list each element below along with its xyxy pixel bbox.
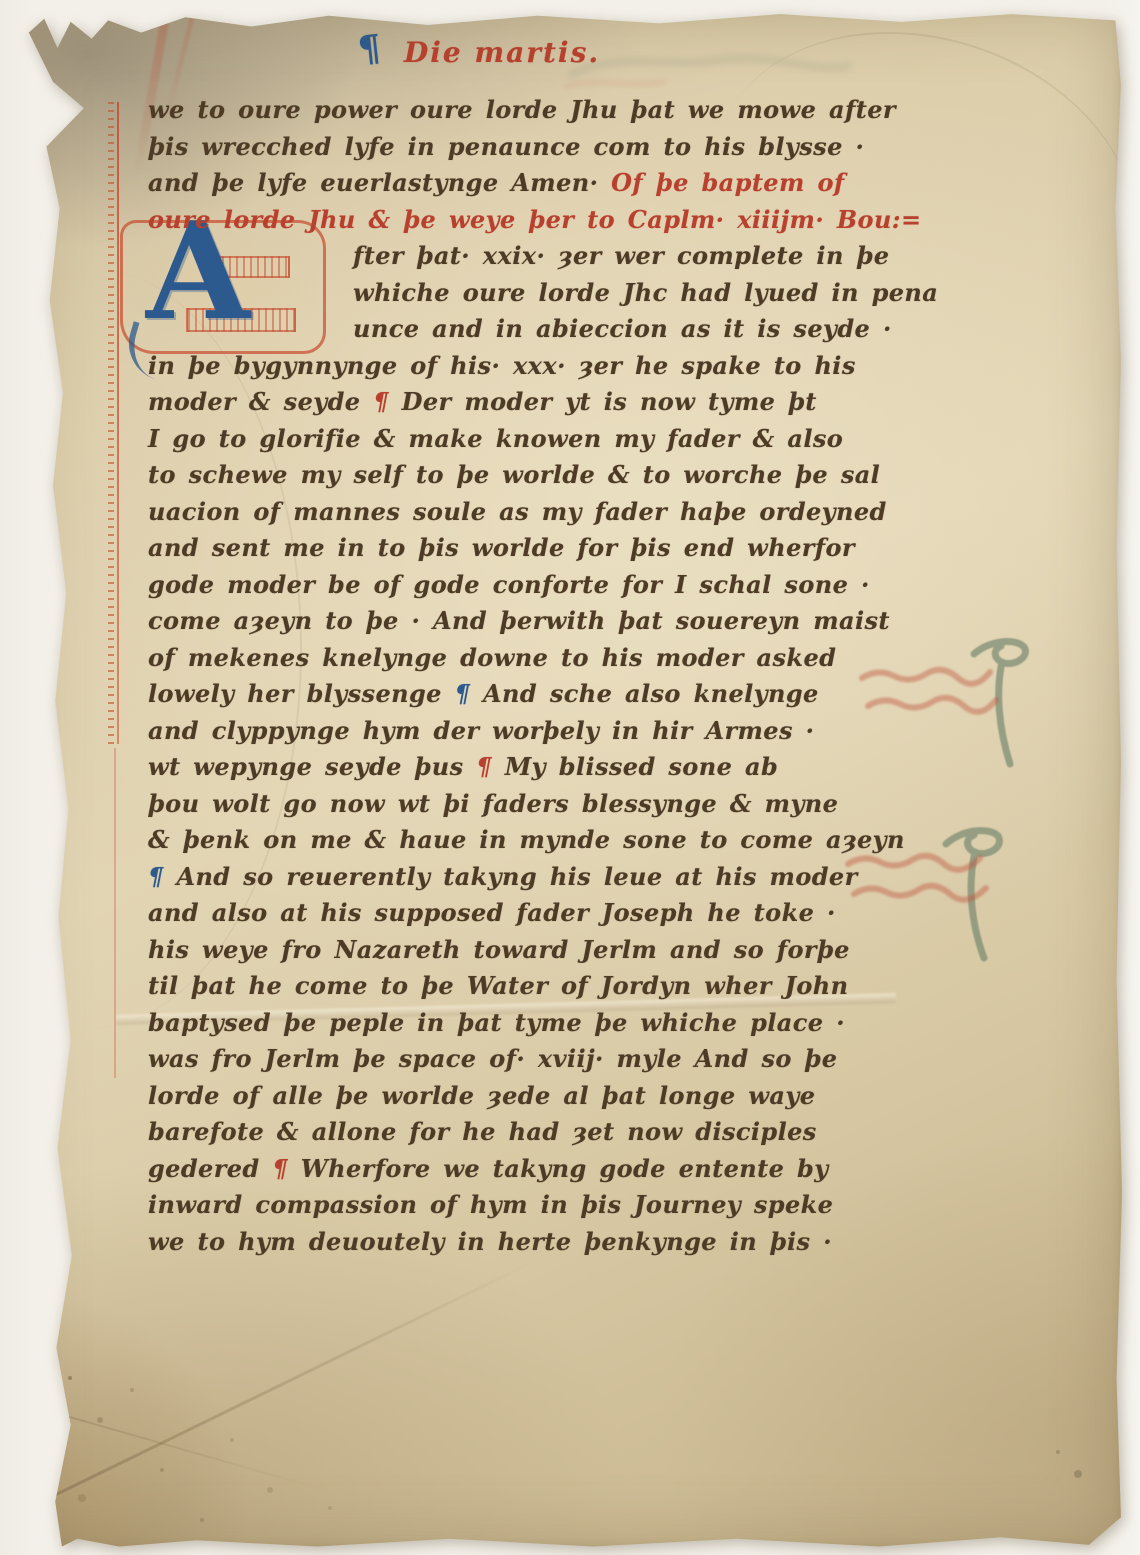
manuscript-line: and sent me in to þis worlde for þis end… — [148, 530, 893, 567]
manuscript-line: whiche oure lorde Jhc had lyued in pena — [148, 275, 893, 312]
manuscript-line: of mekenes knelynge downe to his moder a… — [148, 640, 893, 677]
photo-background: ¶ Die martis. A we to oure power oure lo… — [0, 0, 1140, 1555]
text-segment: lowely her blyssenge — [148, 679, 455, 708]
manuscript-leaf: ¶ Die martis. A we to oure power oure lo… — [20, 8, 1122, 1548]
manuscript-line: til þat he come to þe Water of Jordyn wh… — [148, 968, 893, 1005]
text-segment: And so reuerently takyng his leue at his… — [176, 862, 857, 891]
text-segment: and also at his supposed fader Joseph he… — [148, 898, 836, 927]
manuscript-line: þis wrecched lyfe in penaunce com to his… — [148, 129, 893, 166]
manuscript-line: & þenk on me & haue in mynde sone to com… — [148, 822, 893, 859]
manuscript-line: þou wolt go now wt þi faders blessynge &… — [148, 786, 893, 823]
manuscript-line: in þe bygynnynge of his· xxx· ȝer he spa… — [148, 348, 893, 385]
manuscript-line: wt wepynge seyde þus ¶ My blissed sone a… — [148, 749, 893, 786]
text-block: we to oure power oure lorde Jhu þat we m… — [148, 92, 893, 1260]
text-segment: of mekenes knelynge downe to his moder a… — [148, 643, 836, 672]
red-penwork-flourish — [108, 102, 124, 744]
text-segment: My blissed sone ab — [505, 752, 778, 781]
text-segment: þou wolt go now wt þi faders blessynge &… — [148, 789, 838, 818]
manuscript-line: and þe lyfe euerlastynge Amen· Of þe bap… — [148, 165, 893, 202]
text-segment: gode moder be of gode conforte for I sch… — [148, 570, 870, 599]
manuscript-line: I go to glorifie & make knowen my fader … — [148, 421, 893, 458]
manuscript-line: we to hym deuoutely in herte þenkynge in… — [148, 1224, 893, 1261]
manuscript-line: and also at his supposed fader Joseph he… — [148, 895, 893, 932]
text-segment: in þe bygynnynge of his· xxx· ȝer he spa… — [148, 351, 856, 380]
manuscript-line: inward compassion of hym in þis Journey … — [148, 1187, 893, 1224]
text-segment: unce and in abieccion as it is seyde · — [353, 314, 892, 343]
rubric-segment: ¶ — [476, 752, 504, 781]
manuscript-line: and clyppynge hym der worþely in hir Arm… — [148, 713, 893, 750]
crease-bottom-left-2 — [14, 1400, 322, 1490]
header-paraph-icon: ¶ — [356, 27, 383, 71]
text-segment: moder & seyde — [148, 387, 373, 416]
text-segment: I go to glorifie & make knowen my fader … — [148, 424, 843, 453]
rubric-segment: ¶ — [455, 679, 483, 708]
text-segment: and sent me in to þis worlde for þis end… — [148, 533, 855, 562]
text-segment: þis wrecched lyfe in penaunce com to his… — [148, 132, 864, 161]
text-segment: whiche oure lorde Jhc had lyued in pena — [353, 278, 938, 307]
rubric-segment: ¶ — [373, 387, 401, 416]
text-segment: come aȝeyn to þe · And þerwith þat souer… — [148, 606, 890, 635]
manuscript-line: unce and in abieccion as it is seyde · — [148, 311, 893, 348]
margin-x-mark: x — [32, 693, 55, 727]
text-segment: and þe lyfe euerlastynge Amen· — [148, 168, 611, 197]
manuscript-line: lowely her blyssenge ¶ And sche also kne… — [148, 676, 893, 713]
text-segment: was fro Jerlm þe space of· xviij· myle A… — [148, 1044, 837, 1073]
manuscript-line: come aȝeyn to þe · And þerwith þat souer… — [148, 603, 893, 640]
manuscript-line: gedered ¶ Wherfore we takyng gode entent… — [148, 1151, 893, 1188]
text-segment: & þenk on me & haue in mynde sone to com… — [148, 825, 905, 854]
text-segment: his weye fro Nazareth toward Jerlm and s… — [148, 935, 850, 964]
text-segment: we to hym deuoutely in herte þenkynge in… — [148, 1227, 832, 1256]
manuscript-line: barefote & allone for he had ȝet now dis… — [148, 1114, 893, 1151]
text-segment: to schewe my self to þe worlde & to worc… — [148, 460, 880, 489]
manuscript-line: moder & seyde ¶ Der moder yt is now tyme… — [148, 384, 893, 421]
red-showthrough-text — [856, 656, 1006, 736]
manuscript-line: gode moder be of gode conforte for I sch… — [148, 567, 893, 604]
speckle-stains — [68, 1376, 72, 1380]
text-segment: Der moder yt is now tyme þt — [402, 387, 817, 416]
crease-bottom-left — [49, 1259, 536, 1498]
text-segment: barefote & allone for he had ȝet now dis… — [148, 1117, 817, 1146]
manuscript-line: was fro Jerlm þe space of· xviij· myle A… — [148, 1041, 893, 1078]
manuscript-line: baptysed þe peple in þat tyme þe whiche … — [148, 1005, 893, 1042]
text-segment: fter þat· xxix· ȝer wer complete in þe — [353, 241, 889, 270]
rubric-segment: oure lorde Jhu & þe weye þer to Caplm· x… — [148, 205, 922, 234]
manuscript-line: fter þat· xxix· ȝer wer complete in þe — [148, 238, 893, 275]
manuscript-line: ¶ And so reuerently takyng his leue at h… — [148, 859, 893, 896]
margin-x-mark: x — [18, 763, 39, 792]
text-segment: we to oure power oure lorde Jhu þat we m… — [148, 95, 896, 124]
text-segment: inward compassion of hym in þis Journey … — [148, 1190, 833, 1219]
page-shadow-wrap: ¶ Die martis. A we to oure power oure lo… — [0, 0, 1140, 1555]
manuscript-line: his weye fro Nazareth toward Jerlm and s… — [148, 932, 893, 969]
manuscript-line: to schewe my self to þe worlde & to worc… — [148, 457, 893, 494]
text-segment: And sche also knelynge — [483, 679, 819, 708]
manuscript-line: uacion of mannes soule as my fader haþe … — [148, 494, 893, 531]
margin-x-mark: x — [24, 729, 44, 762]
text-segment: baptysed þe peple in þat tyme þe whiche … — [148, 1008, 845, 1037]
text-segment: gedered — [148, 1154, 272, 1183]
red-showthrough-text — [840, 840, 1000, 925]
red-margin-hairline — [114, 748, 116, 1078]
rubric-segment: ¶ — [148, 862, 176, 891]
rubric-segment: ¶ — [272, 1154, 300, 1183]
manuscript-line: lorde of alle þe worlde ȝede al þat long… — [148, 1078, 893, 1115]
manuscript-line: oure lorde Jhu & þe weye þer to Caplm· x… — [148, 202, 893, 239]
text-segment: and clyppynge hym der worþely in hir Arm… — [148, 716, 814, 745]
manuscript-line: we to oure power oure lorde Jhu þat we m… — [148, 92, 893, 129]
text-segment: til þat he come to þe Water of Jordyn wh… — [148, 971, 848, 1000]
text-segment: uacion of mannes soule as my fader haþe … — [148, 497, 887, 526]
text-segment: Wherfore we takyng gode entente by — [301, 1154, 829, 1183]
text-segment: wt wepynge seyde þus — [148, 752, 476, 781]
text-segment: lorde of alle þe worlde ȝede al þat long… — [148, 1081, 815, 1110]
rubric-segment: Of þe baptem of — [611, 168, 845, 197]
